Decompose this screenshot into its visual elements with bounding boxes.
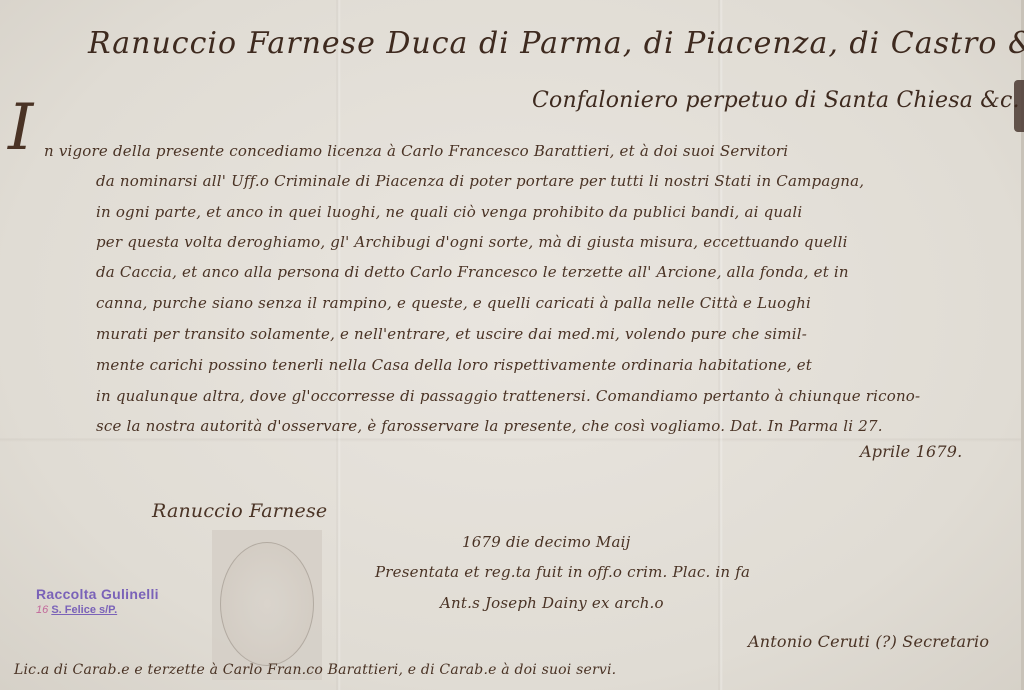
- secretary-signature: Antonio Ceruti (?) Secretario: [748, 632, 989, 651]
- body-line-9: in qualunque altra, dove gl'occorresse d…: [96, 387, 920, 405]
- stamp-place-row: 16 S. Felice s/P.: [36, 604, 159, 616]
- body-line-2: da nominarsi all' Uff.o Criminale di Pia…: [96, 172, 864, 190]
- date-line: Aprile 1679.: [860, 442, 962, 461]
- ducal-signature: Ranuccio Farnese: [152, 500, 327, 522]
- stamp-number: 16: [36, 604, 48, 616]
- embossed-seal: [212, 530, 322, 680]
- body-line-8: mente carichi possino tenerli nella Casa…: [96, 356, 812, 374]
- body-line-7: murati per transito solamente, e nell'en…: [96, 325, 807, 343]
- stamp-place: S. Felice s/P.: [51, 604, 117, 616]
- collection-stamp: Raccolta Gulinelli 16 S. Felice s/P.: [36, 586, 159, 616]
- body-line-10: sce la nostra autorità d'osservare, è fa…: [96, 417, 883, 435]
- endorsement-note: Lic.a di Carab.e e terzette à Carlo Fran…: [14, 662, 616, 678]
- heading-line-1: Ranuccio Farnese Duca di Parma, di Piace…: [88, 26, 1024, 61]
- body-line-1: n vigore della presente concediamo licen…: [44, 142, 788, 160]
- body-line-6: canna, purche siano senza il rampino, e …: [96, 294, 811, 312]
- heading-line-2: Confaloniero perpetuo di Santa Chiesa &c…: [532, 88, 1020, 113]
- registration-line-2: Presentata et reg.ta fuit in off.o crim.…: [375, 563, 750, 581]
- body-line-4: per questa volta deroghiamo, gl' Archibu…: [96, 233, 848, 251]
- stamp-collection-name: Raccolta Gulinelli: [36, 586, 159, 602]
- registration-line-1: 1679 die decimo Maij: [462, 533, 630, 551]
- decorated-initial: I: [8, 96, 33, 160]
- body-line-3: in ogni parte, et anco in quei luoghi, n…: [96, 203, 802, 221]
- body-line-5: da Caccia, et anco alla persona di detto…: [96, 263, 849, 281]
- registration-line-3: Ant.s Joseph Dainy ex arch.o: [440, 594, 664, 612]
